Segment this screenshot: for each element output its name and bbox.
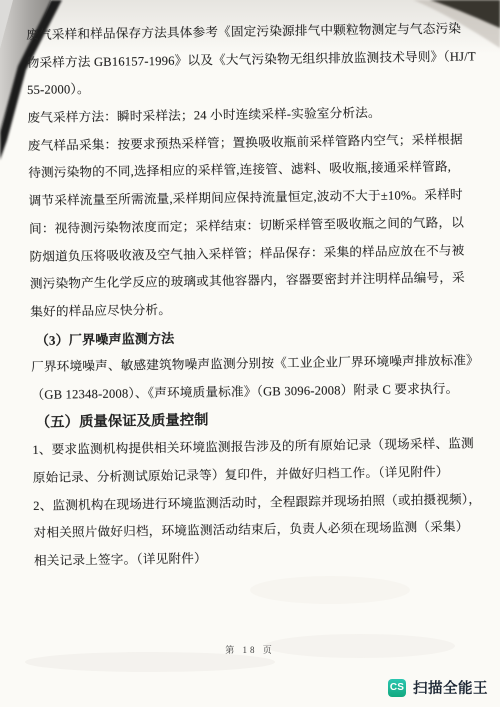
- scan-smudge: [250, 576, 410, 604]
- scanned-document-page: { "document": { "lines": [ { "style": "b…: [0, 0, 500, 707]
- camscanner-watermark: CS 扫描全能王: [388, 677, 488, 698]
- camscanner-logo-icon: CS: [388, 679, 406, 697]
- camscanner-app-name: 扫描全能王: [413, 677, 488, 698]
- scanner-bed-corner: [0, 0, 13, 48]
- text-line: 相关记录上签字。（详见附件）: [34, 541, 474, 575]
- document-body: 废气采样和样品保存方法具体参考《固定污染源排气中颗粒物测定与气态污染 物采样方法…: [26, 15, 474, 575]
- page-number: 第 18 页: [0, 643, 500, 656]
